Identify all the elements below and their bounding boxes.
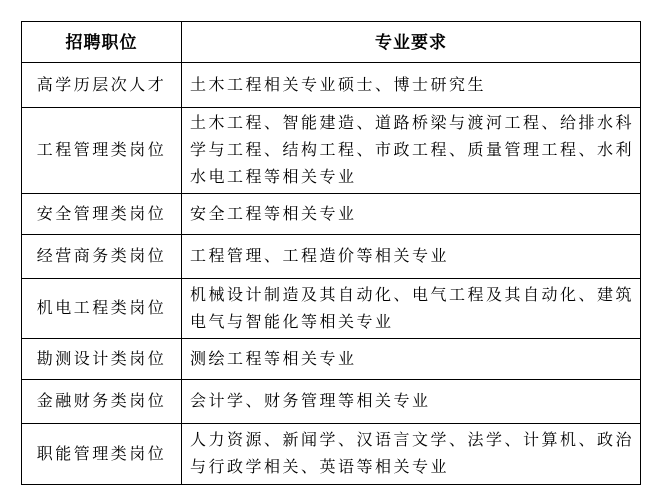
- table-row: 机电工程类岗位 机械设计制造及其自动化、电气工程及其自动化、建筑电气与智能化等相…: [22, 279, 641, 339]
- table-header-row: 招聘职位 专业要求: [22, 22, 641, 63]
- position-cell: 安全管理类岗位: [22, 194, 182, 235]
- requirements-cell: 土木工程相关专业硕士、博士研究生: [182, 63, 641, 108]
- header-cell-position: 招聘职位: [22, 22, 182, 63]
- recruitment-table: 招聘职位 专业要求 高学历层次人才 土木工程相关专业硕士、博士研究生 工程管理类…: [21, 21, 641, 485]
- requirements-cell: 安全工程等相关专业: [182, 194, 641, 235]
- requirements-cell: 会计学、财务管理等相关专业: [182, 380, 641, 424]
- position-cell: 机电工程类岗位: [22, 279, 182, 339]
- table-row: 工程管理类岗位 土木工程、智能建造、道路桥梁与渡河工程、给排水科学与工程、结构工…: [22, 108, 641, 194]
- requirements-cell: 土木工程、智能建造、道路桥梁与渡河工程、给排水科学与工程、结构工程、市政工程、质…: [182, 108, 641, 194]
- position-cell: 经营商务类岗位: [22, 235, 182, 279]
- document-page: 招聘职位 专业要求 高学历层次人才 土木工程相关专业硕士、博士研究生 工程管理类…: [0, 0, 653, 495]
- header-cell-requirements: 专业要求: [182, 22, 641, 63]
- requirements-cell: 工程管理、工程造价等相关专业: [182, 235, 641, 279]
- requirements-cell: 机械设计制造及其自动化、电气工程及其自动化、建筑电气与智能化等相关专业: [182, 279, 641, 339]
- position-cell: 职能管理类岗位: [22, 424, 182, 485]
- table-row: 安全管理类岗位 安全工程等相关专业: [22, 194, 641, 235]
- table-row: 职能管理类岗位 人力资源、新闻学、汉语言文学、法学、计算机、政治与行政学相关、英…: [22, 424, 641, 485]
- table-row: 经营商务类岗位 工程管理、工程造价等相关专业: [22, 235, 641, 279]
- table-row: 勘测设计类岗位 测绘工程等相关专业: [22, 339, 641, 380]
- position-cell: 工程管理类岗位: [22, 108, 182, 194]
- requirements-cell: 测绘工程等相关专业: [182, 339, 641, 380]
- table-row: 高学历层次人才 土木工程相关专业硕士、博士研究生: [22, 63, 641, 108]
- position-cell: 勘测设计类岗位: [22, 339, 182, 380]
- table-row: 金融财务类岗位 会计学、财务管理等相关专业: [22, 380, 641, 424]
- requirements-cell: 人力资源、新闻学、汉语言文学、法学、计算机、政治与行政学相关、英语等相关专业: [182, 424, 641, 485]
- position-cell: 金融财务类岗位: [22, 380, 182, 424]
- position-cell: 高学历层次人才: [22, 63, 182, 108]
